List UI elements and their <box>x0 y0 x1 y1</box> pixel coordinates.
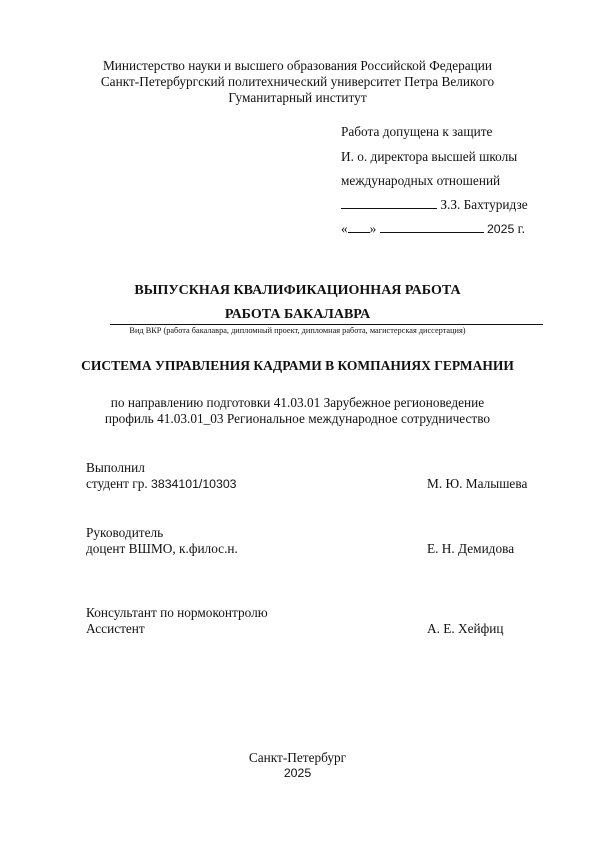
signature-blank <box>341 197 437 209</box>
signatory-position-consultant: Ассистент <box>86 621 145 637</box>
signatory-name-consultant: А. Е. Хейфиц <box>427 621 504 637</box>
thesis-topic: СИСТЕМА УПРАВЛЕНИЯ КАДРАМИ В КОМПАНИЯХ Г… <box>0 358 595 374</box>
approval-signature-line: З.З. Бахтуридзе <box>341 197 528 213</box>
signatory-role-supervisor: Руководитель <box>86 525 163 541</box>
signatory-position-student: студент гр. 3834101/10303 <box>86 476 237 492</box>
institute-name: Гуманитарный институт <box>0 90 595 106</box>
student-group-code: 3834101/10303 <box>151 477 236 491</box>
work-kind-underline <box>110 324 543 325</box>
month-blank <box>380 221 484 233</box>
work-kind-hint: Вид ВКР (работа бакалавра, дипломный про… <box>0 326 595 335</box>
approval-year: 2025 <box>487 222 514 236</box>
approval-date-line: «» 2025 г. <box>341 221 525 237</box>
footer-year: 2025 <box>0 766 595 780</box>
student-group-label: студент гр. <box>86 476 151 491</box>
signatory-name-supervisor: Е. Н. Демидова <box>427 541 514 557</box>
year-suffix: г. <box>518 221 525 236</box>
approval-line-3: международных отношений <box>341 173 500 189</box>
study-profile: профиль 41.03.01_03 Региональное междуна… <box>0 411 595 427</box>
signatory-role-student: Выполнил <box>86 460 145 476</box>
signatory-position-supervisor: доцент ВШМО, к.филос.н. <box>86 541 238 557</box>
date-close-quote: » <box>370 221 377 236</box>
work-kind: РАБОТА БАКАЛАВРА <box>0 307 595 323</box>
ministry-name: Министерство науки и высшего образования… <box>0 58 595 74</box>
footer-city: Санкт-Петербург <box>0 750 595 766</box>
date-open-quote: « <box>341 221 348 236</box>
university-name: Санкт-Петербургский политехнический унив… <box>0 74 595 90</box>
approval-line-1: Работа допущена к защите <box>341 124 492 140</box>
study-direction: по направлению подготовки 41.03.01 Заруб… <box>0 395 595 411</box>
work-type-heading: ВЫПУСКНАЯ КВАЛИФИКАЦИОННАЯ РАБОТА <box>0 283 595 299</box>
approval-line-2: И. о. директора высшей школы <box>341 149 517 165</box>
signatory-name-student: М. Ю. Малышева <box>427 476 527 492</box>
signatory-role-consultant: Консультант по нормоконтролю <box>86 605 268 621</box>
day-blank <box>348 221 370 233</box>
approval-signer: З.З. Бахтуридзе <box>440 197 527 212</box>
